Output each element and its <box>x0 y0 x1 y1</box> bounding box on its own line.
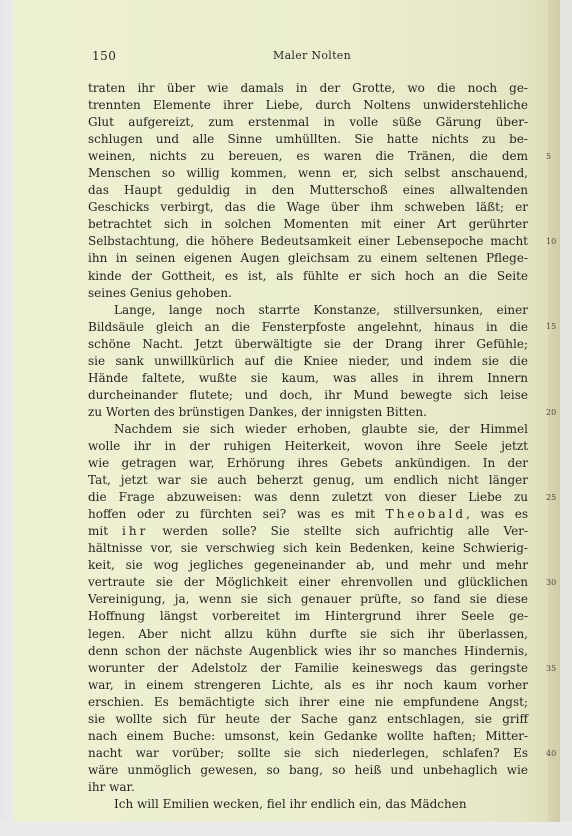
paragraph-end-line: zu Worten des brünstigen Dankes, der inn… <box>88 404 528 421</box>
text-line: kinde der Gottheit, es ist, als fühlte e… <box>88 268 528 285</box>
text-segment: hoffen oder zu fürchten sei? was es mit <box>88 507 386 521</box>
text-line: Geschicks verbirgt, das die Wage über ih… <box>88 199 528 216</box>
line-number-20: 20 <box>546 408 556 417</box>
scan-background-left <box>0 0 14 836</box>
line-number-30: 30 <box>546 578 556 587</box>
text-line: weinen, nichts zu bereuen, es waren die … <box>88 148 528 165</box>
paragraph-start-line: Nachdem sie sich wieder erhoben, glaubte… <box>88 421 528 438</box>
paragraph-end-line: seines Genius gehoben. <box>88 285 528 302</box>
text-line: Selbstachtung, die höhere Bedeutsamkeit … <box>88 233 528 250</box>
scan-background-bottom <box>0 822 572 836</box>
paragraph-start-line: Ich will Emilien wecken, fiel ihr endlic… <box>88 796 528 813</box>
text-line: Hände faltete, wußte sie kaum, was alles… <box>88 370 528 387</box>
line-number-5: 5 <box>546 152 551 161</box>
text-segment: , was es <box>466 507 528 521</box>
text-line-with-spaced-name: hoffen oder zu fürchten sei? was es mit … <box>88 506 528 523</box>
text-line: vertraute sie der Möglichkeit einer ehre… <box>88 574 528 591</box>
text-line: ihn in seinen eigenen Augen gleichsam zu… <box>88 250 528 267</box>
text-line-with-spaced-word: mit ihr werden solle? Sie stellte sich a… <box>88 523 528 540</box>
line-number-25: 25 <box>546 493 556 502</box>
spaced-emphasis-ihr: ihr <box>122 524 148 538</box>
text-line: betrachtet sich in solchen Momenten mit … <box>88 216 528 233</box>
text-line: nach einem Buche: umsonst, kein Gedanke … <box>88 728 528 745</box>
line-number-10: 10 <box>546 237 556 246</box>
text-line: sie sank unwillkürlich auf die Kniee nie… <box>88 353 528 370</box>
body-text: traten ihr über wie damals in der Grotte… <box>88 80 528 813</box>
text-line: schöne Nacht. Jetzt überwältigte sie der… <box>88 336 528 353</box>
text-line: denn schon der nächste Augenblick wies i… <box>88 643 528 660</box>
text-line: schlugen und alle Sinne umhüllten. Sie h… <box>88 131 528 148</box>
text-line: Bildsäule gleich an die Fensterpfoste an… <box>88 319 528 336</box>
text-line: Menschen so willig kommen, wenn er, sich… <box>88 165 528 182</box>
line-number-15: 15 <box>546 322 556 331</box>
text-line: wäre unmöglich gewesen, so bang, so heiß… <box>88 762 528 779</box>
running-head: 150 Maler Nolten <box>92 49 532 67</box>
text-line: wolle ihr in der ruhigen Heiterkeit, wov… <box>88 438 528 455</box>
text-line: wie getragen war, Erhörung ihres Gebets … <box>88 455 528 472</box>
text-line: worunter der Adelstolz der Familie keine… <box>88 660 528 677</box>
spaced-emphasis-theobald: Theobald <box>386 507 466 521</box>
text-line: erschien. Es bemächtigte sich ihrer eine… <box>88 694 528 711</box>
paragraph-start-line: Lange, lange noch starrte Konstanze, sti… <box>88 302 528 319</box>
text-line: durcheinander flutete; und doch, ihr Mun… <box>88 387 528 404</box>
text-line: Tat, jetzt war sie auch beherzt genug, u… <box>88 472 528 489</box>
text-line: nacht war vorüber; sollte sie sich niede… <box>88 745 528 762</box>
text-line: legen. Aber nicht allzu kühn durfte sie … <box>88 626 528 643</box>
line-number-35: 35 <box>546 664 556 673</box>
text-line: Glut aufgereizt, zum erstenmal in volle … <box>88 114 528 131</box>
text-line: Vereinigung, ja, wenn sie sich genauer p… <box>88 591 528 608</box>
text-line: hältnisse vor, sie verschwieg sich kein … <box>88 540 528 557</box>
text-line: sie wollte sich für heute der Sache ganz… <box>88 711 528 728</box>
text-line: die Frage abzuweisen: was denn zuletzt v… <box>88 489 528 506</box>
paragraph-end-line: ihr war. <box>88 779 528 796</box>
text-segment: mit <box>88 524 122 538</box>
text-segment: werden solle? Sie stellte sich aufrichti… <box>148 524 528 538</box>
text-line: keit, sie wog jegliches gegeneinander ab… <box>88 557 528 574</box>
text-line: war, in einem strengeren Lichte, als es … <box>88 677 528 694</box>
line-number-40: 40 <box>546 749 556 758</box>
running-title: Maler Nolten <box>92 49 532 62</box>
text-line: trennten Elemente ihrer Liebe, durch Nol… <box>88 97 528 114</box>
text-line: traten ihr über wie damals in der Grotte… <box>88 80 528 97</box>
text-line: das Haupt geduldig in den Mutterschoß ei… <box>88 182 528 199</box>
text-line: Hoffnung längst vorbereitet im Hintergru… <box>88 608 528 625</box>
